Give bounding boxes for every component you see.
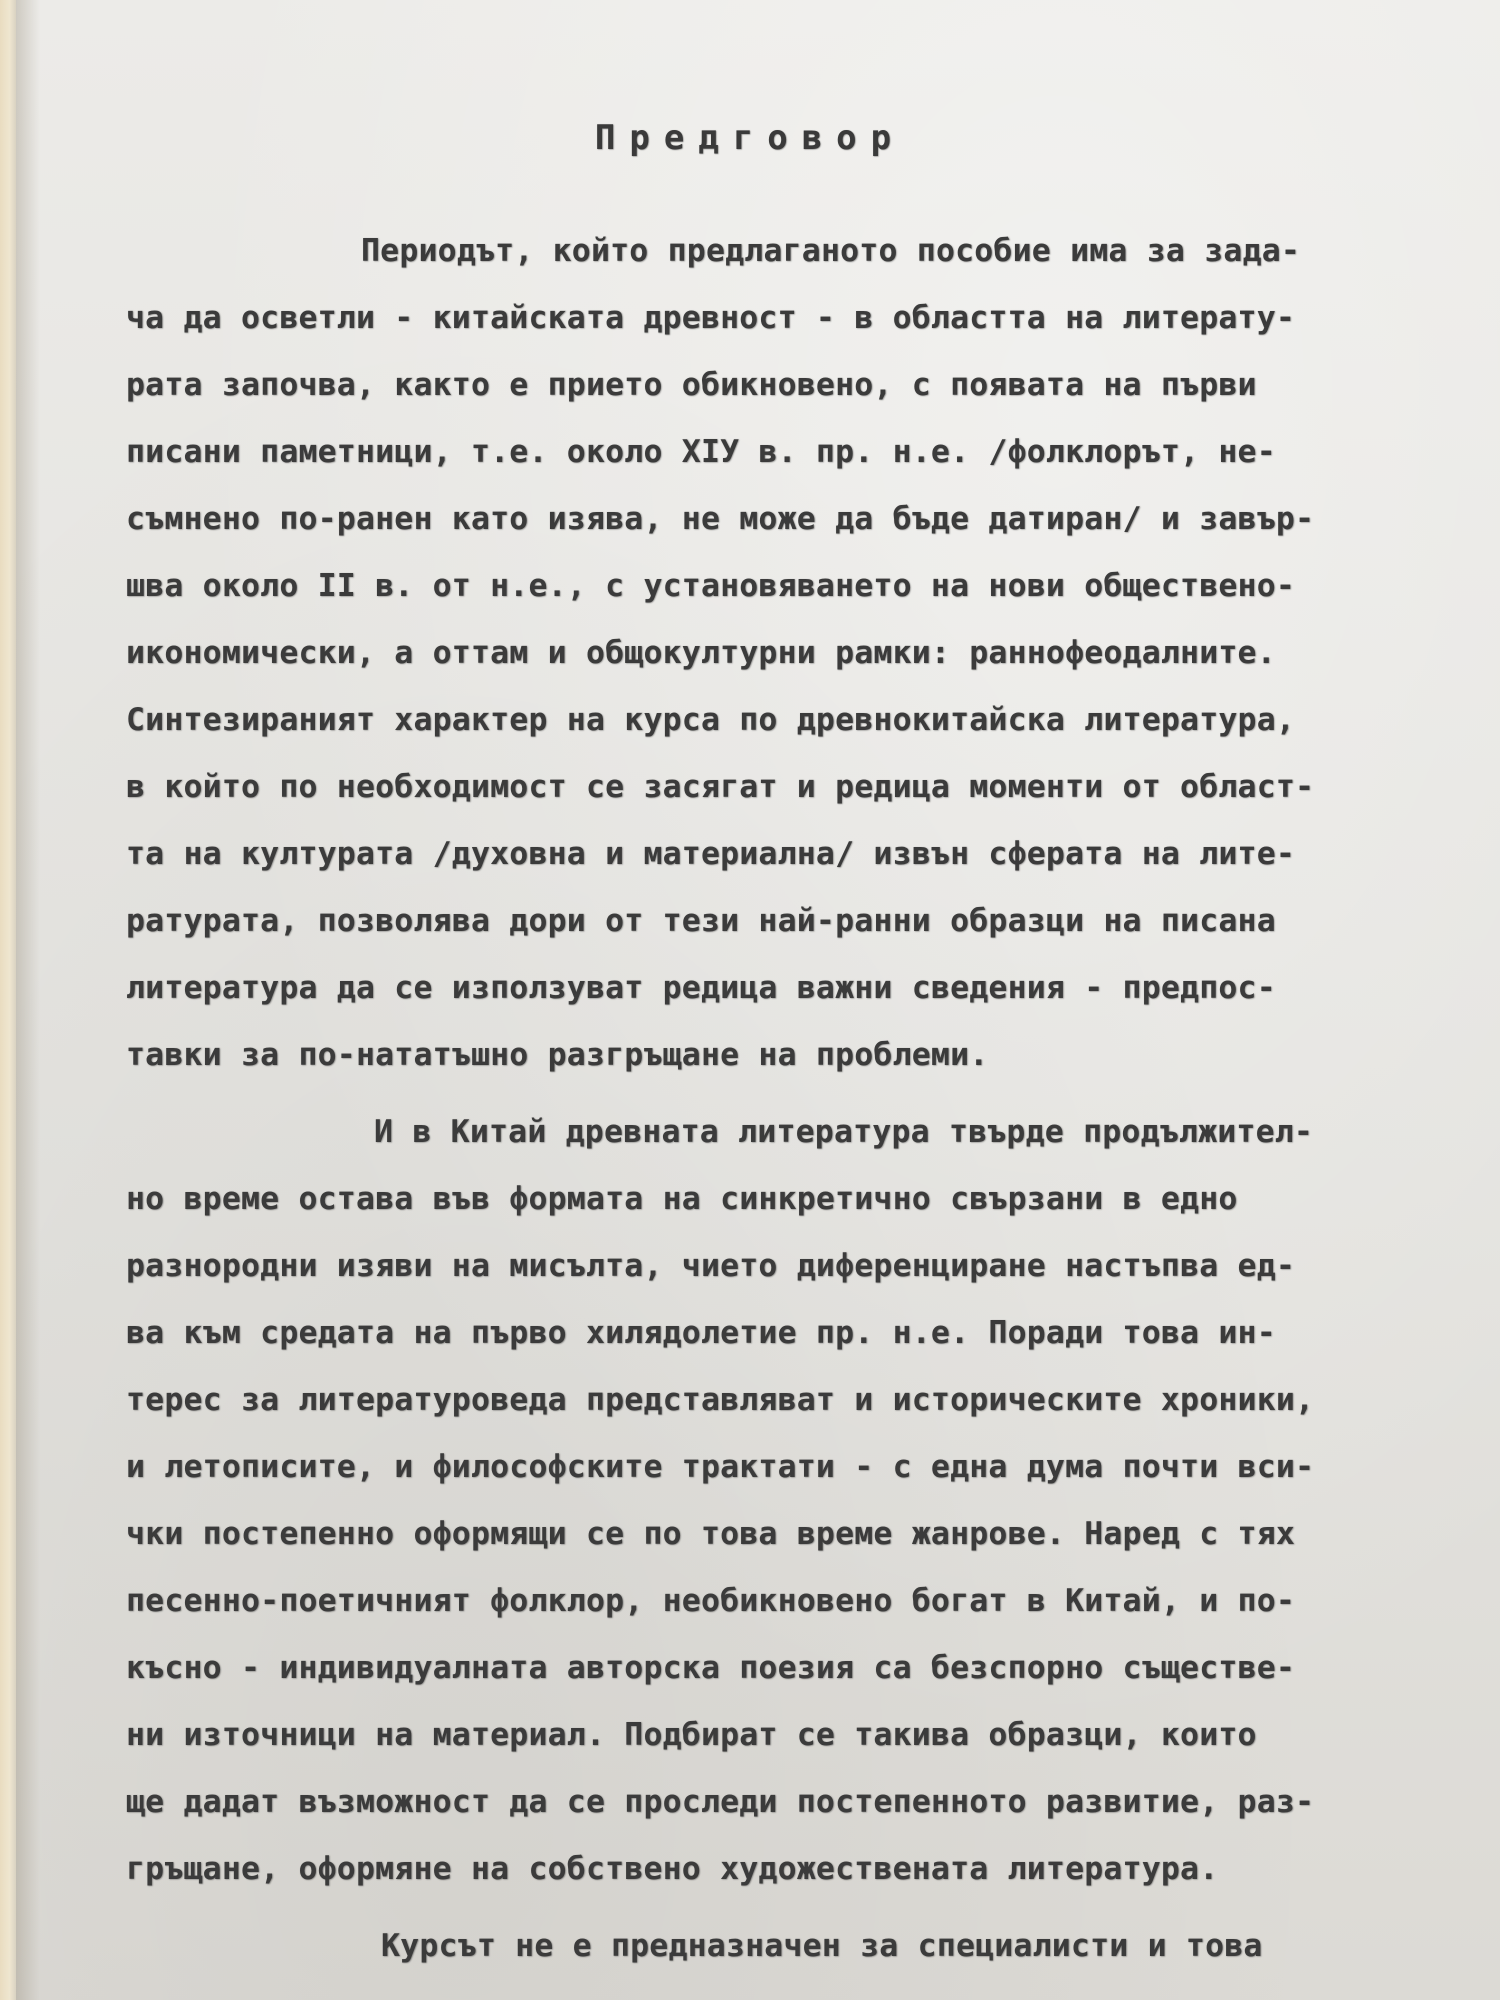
text-line: икономически, а оттам и общокултурни рам… bbox=[126, 620, 1376, 687]
page-binding-edge bbox=[0, 0, 16, 2000]
text-line: писани паметници, т.е. около XIУ в. пр. … bbox=[126, 419, 1376, 486]
text-line: рата започва, както е прието обикновено,… bbox=[126, 352, 1376, 419]
text-line: и летописите, и философските трактати - … bbox=[126, 1434, 1376, 1501]
binding-shadow bbox=[16, 0, 40, 2000]
text-line: ва към средата на първо хилядолетие пр. … bbox=[126, 1300, 1376, 1367]
text-line: Синтезираният характер на курса по древн… bbox=[126, 687, 1376, 754]
text-line: литература да се използуват редица важни… bbox=[126, 955, 1376, 1022]
text-line: терес за литературоведа представляват и … bbox=[126, 1367, 1376, 1434]
text-line: съмнено по-ранен като изява, не може да … bbox=[126, 486, 1376, 553]
text-line: тавки за по-нататъшно разгръщане на проб… bbox=[126, 1022, 1376, 1089]
text-line: И в Китай древната литература твърде про… bbox=[126, 1099, 1376, 1166]
text-line: Курсът не е предназначен за специалисти … bbox=[126, 1913, 1376, 1980]
text-line: Периодът, който предлаганото пособие има… bbox=[126, 218, 1376, 285]
text-line: ратурата, позволява дори от тези най-ран… bbox=[126, 888, 1376, 955]
paragraph-gap bbox=[126, 1089, 1376, 1099]
text-line: та на културата /духовна и материална/ и… bbox=[126, 821, 1376, 888]
text-line: гръщане, оформяне на собствено художеств… bbox=[126, 1836, 1376, 1903]
text-line: в който по необходимост се засягат и ред… bbox=[126, 754, 1376, 821]
paragraph-3: Курсът не е предназначен за специалисти … bbox=[126, 1913, 1376, 1980]
text-line: късно - индивидуалната авторска поезия с… bbox=[126, 1635, 1376, 1702]
text-line: ча да осветли - китайската древност - в … bbox=[126, 285, 1376, 352]
page-title: Предговор bbox=[0, 118, 1500, 158]
text-line: песенно-поетичният фолклор, необикновено… bbox=[126, 1568, 1376, 1635]
text-line: шва около II в. от н.е., с установяванет… bbox=[126, 553, 1376, 620]
text-line: ни източници на материал. Подбират се та… bbox=[126, 1702, 1376, 1769]
text-line: но време остава във формата на синкретич… bbox=[126, 1166, 1376, 1233]
paragraph-gap bbox=[126, 1903, 1376, 1913]
text-line: ще дадат възможност да се проследи посте… bbox=[126, 1769, 1376, 1836]
paragraph-1: Периодът, който предлаганото пособие има… bbox=[126, 218, 1376, 1089]
text-line: разнородни изяви на мисълта, чието дифер… bbox=[126, 1233, 1376, 1300]
text-line: чки постепенно оформящи се по това време… bbox=[126, 1501, 1376, 1568]
document-body: Периодът, който предлаганото пособие има… bbox=[126, 218, 1376, 1980]
paragraph-2: И в Китай древната литература твърде про… bbox=[126, 1099, 1376, 1903]
